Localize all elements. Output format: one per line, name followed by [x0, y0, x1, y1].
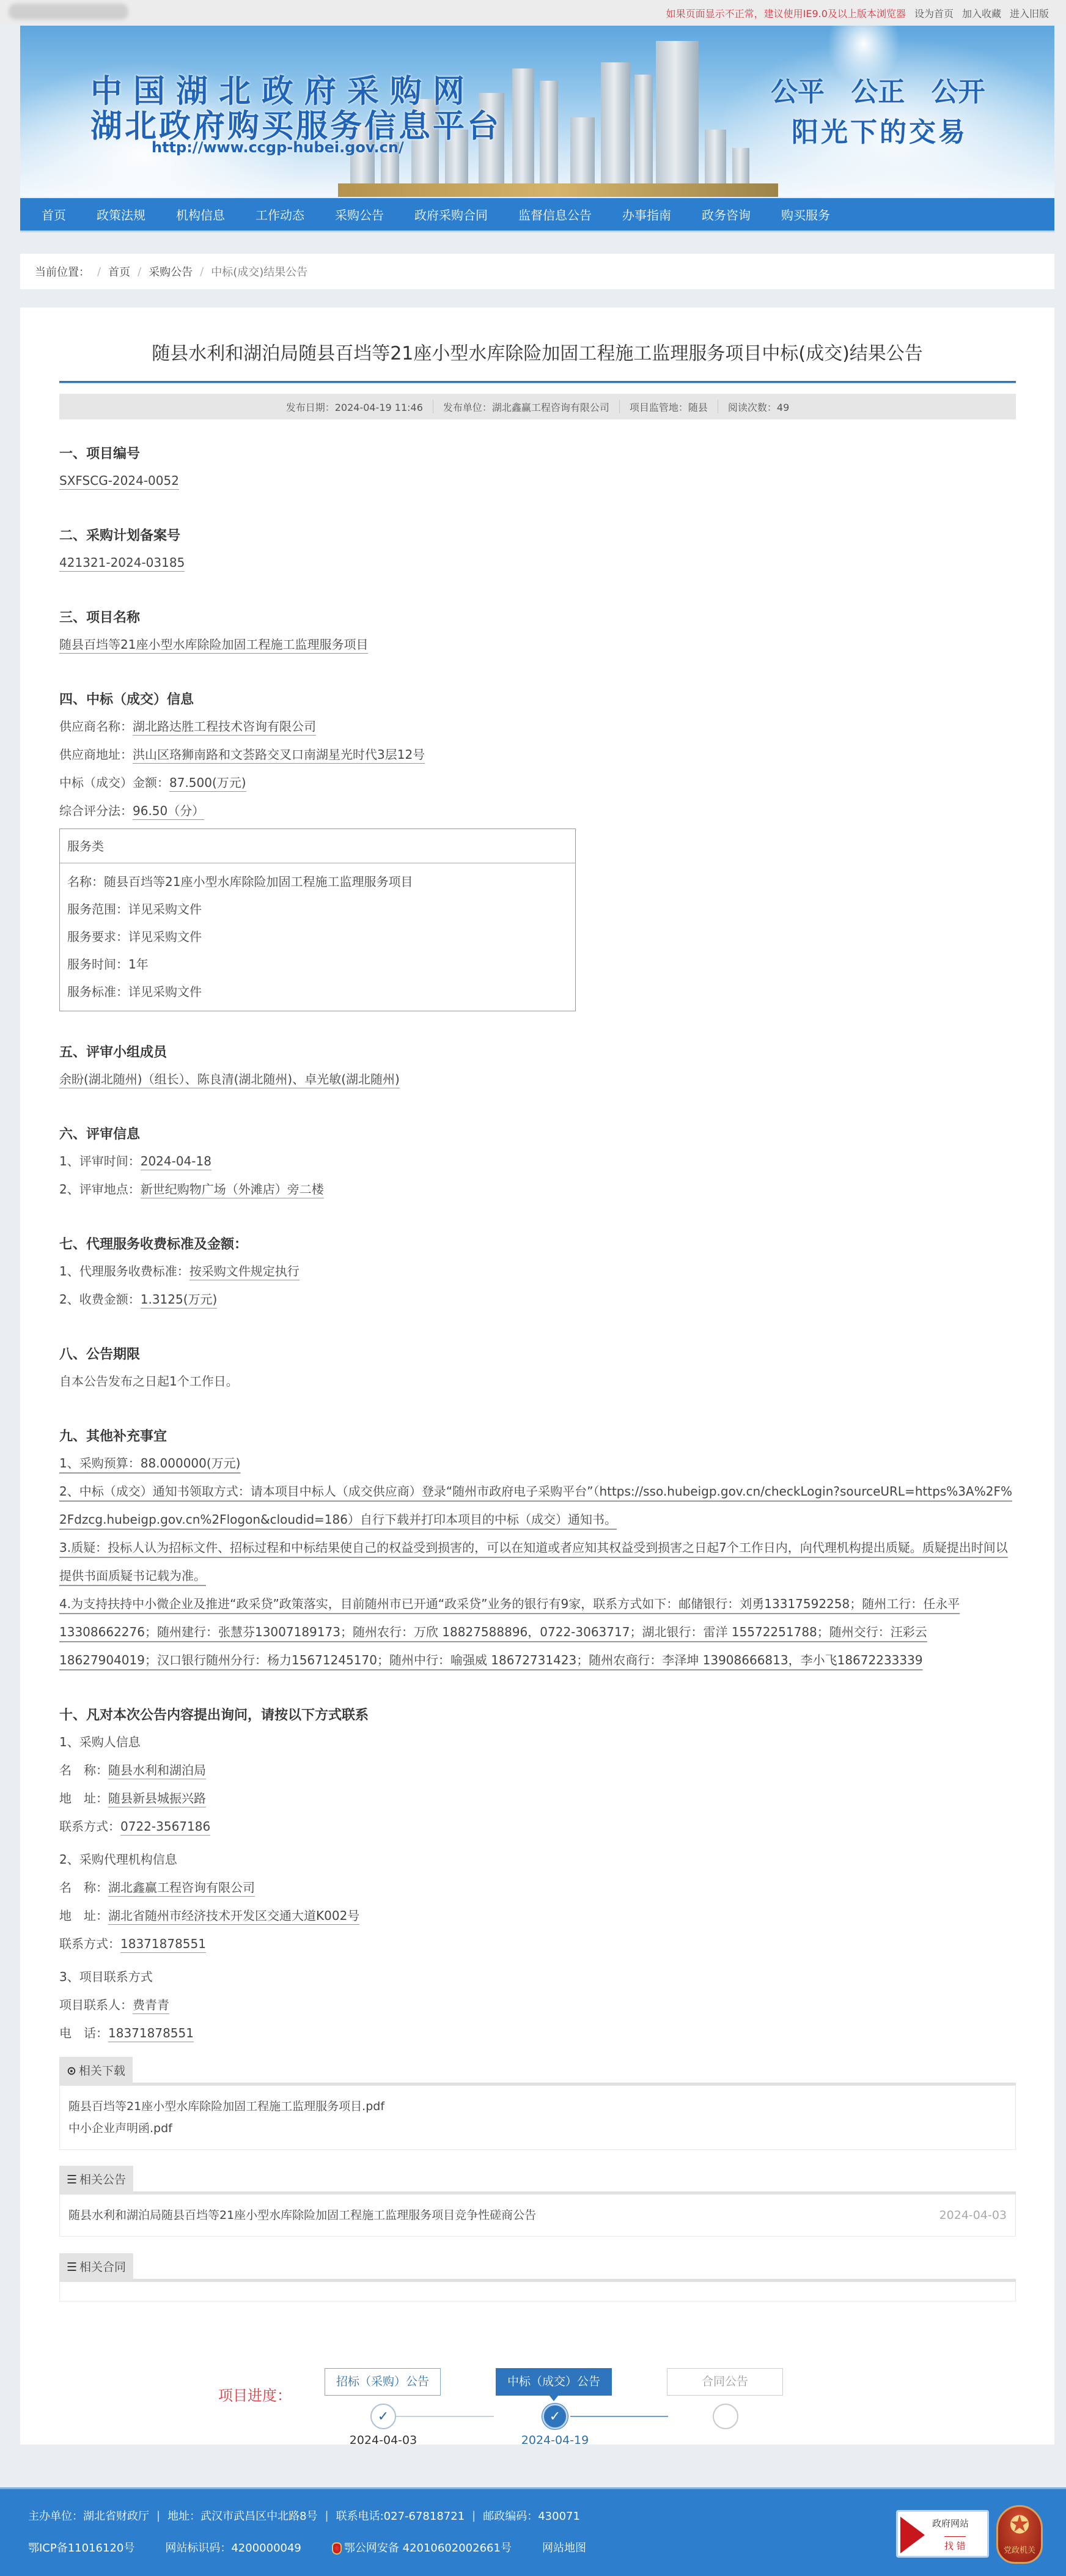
supplier-name: 湖北路达胜工程技术咨询有限公司 — [133, 719, 316, 736]
section-heading: 五、评审小组成员 — [59, 1041, 1019, 1065]
project-contact-phone: 18371878551 — [108, 2026, 194, 2042]
site-code: 网站标识码：4200000049 — [165, 2539, 301, 2555]
progress-label: 项目进度： — [218, 2383, 292, 2405]
title-divider — [59, 381, 1016, 383]
agency-address: 湖北省随州市经济技术开发区交通大道K002号 — [108, 1908, 359, 1925]
nav-news[interactable]: 工作动态 — [255, 205, 304, 223]
supplier-address: 洪山区珞狮南路和文荟路交叉口南湖星光时代3层12号 — [133, 747, 425, 764]
nav-purchase-service[interactable]: 购买服务 — [781, 205, 830, 223]
notice-period: 自本公告发布之日起1个工作日。 — [59, 1367, 1019, 1395]
service-details-box: 服务类 名称：随县百垱等21座小型水库除险加固工程施工监理服务项目 服务范围：详… — [59, 829, 576, 1011]
site-banner: 中国湖北政府采购网 湖北政府购买服务信息平台 http://www.ccgp-h… — [20, 26, 1054, 197]
blurred-logo — [9, 4, 128, 20]
nav-contracts[interactable]: 政府采购合同 — [414, 205, 488, 223]
breadcrumb-notices[interactable]: 采购公告 — [149, 264, 193, 279]
section-heading: 三、项目名称 — [59, 606, 1019, 630]
supplement-item: 3.质疑：投标人认为招标文件、招标过程和中标结果使自己的权益受到损害的，可以在知… — [59, 1540, 1008, 1583]
fee-standard: 按采购文件规定执行 — [189, 1264, 300, 1280]
download-link[interactable]: 中小企业声明函.pdf — [68, 2117, 1007, 2139]
banner-slogan-1: 公平 公正 公开 — [771, 70, 985, 109]
publish-date: 发布日期：2024-04-19 11:46 — [286, 400, 423, 414]
footer-phone: 联系电话:027-67818721 — [336, 2508, 465, 2523]
review-panel-members: 余盼(湖北随州)（组长）、陈良清(湖北随州)、卓光敏(湖北随州) — [59, 1072, 400, 1088]
supplement-item: 1、采购预算：88.000000(万元) — [59, 1456, 240, 1471]
fee-amount: 1.3125(万元) — [141, 1292, 218, 1308]
related-notice-link[interactable]: 随县水利和湖泊局随县百垱等21座小型水库除险加固工程施工监理服务项目竞争性磋商公… — [68, 2204, 1007, 2226]
service-row: 名称：随县百垱等21座小型水库除险加固工程施工监理服务项目 — [67, 868, 568, 896]
review-date: 2024-04-18 — [141, 1154, 211, 1170]
award-amount: 87.500(万元) — [169, 775, 246, 792]
gov-site-error-report-badge[interactable]: 政府网站 找 错 — [896, 2510, 989, 2558]
review-place: 新世纪购物广场（外滩店）旁二楼 — [141, 1182, 324, 1198]
service-row: 服务要求：详见采购文件 — [67, 923, 568, 951]
plan-record-number: 421321-2024-03185 — [59, 555, 185, 572]
nav-home[interactable]: 首页 — [42, 205, 66, 223]
nav-policy[interactable]: 政策法规 — [97, 205, 145, 223]
site-footer: 主办单位：湖北省财政厅| 地址：武汉市武昌区中北路8号| 联系电话:027-67… — [0, 2487, 1066, 2576]
page-title: 随县水利和湖泊局随县百垱等21座小型水库除险加固工程施工监理服务项目中标(成交)… — [20, 338, 1054, 365]
download-link[interactable]: 随县百垱等21座小型水库除险加固工程施工监理服务项目.pdf — [68, 2095, 1007, 2117]
add-favorite-link[interactable]: 加入收藏 — [962, 6, 1001, 20]
browser-warning: 如果页面显示不正常，建议使用IE9.0及以上版本浏览器 — [666, 6, 906, 20]
step-done-check-icon: ✓ — [370, 2404, 396, 2429]
purchaser-name: 随县水利和湖泊局 — [108, 1763, 206, 1779]
banner-slogan-2: 阳光下的交易 — [792, 110, 968, 149]
step-contract-notice[interactable]: 合同公告 — [667, 2368, 783, 2396]
section-heading: 六、评审信息 — [59, 1123, 1019, 1147]
icp-link[interactable]: 鄂ICP备11016120号 — [28, 2539, 134, 2555]
section-heading: 九、其他补充事宜 — [59, 1425, 1019, 1449]
list-icon: ☰ — [67, 2253, 77, 2281]
evaluation-score: 96.50（分） — [133, 803, 204, 820]
footer-address: 地址：武汉市武昌区中北路8号 — [167, 2508, 317, 2523]
footer-host: 主办单位：湖北省财政厅 — [28, 2508, 149, 2523]
region: 项目监管地：随县 — [630, 400, 708, 414]
step-pending-circle-icon — [713, 2404, 738, 2429]
nav-procurement-notices[interactable]: 采购公告 — [335, 205, 384, 223]
related-downloads: ⊙相关下载 随县百垱等21座小型水库除险加固工程施工监理服务项目.pdf 中小企… — [59, 2057, 1016, 2150]
section-heading: 七、代理服务收费标准及金额： — [59, 1233, 1019, 1257]
police-record-link[interactable]: 鄂公网安备 42010602002661号 — [332, 2539, 512, 2555]
section-heading: 二、采购计划备案号 — [59, 524, 1019, 548]
magnifier-icon — [900, 2517, 925, 2553]
section-heading: 四、中标（成交）信息 — [59, 688, 1019, 712]
publisher: 发布单位：湖北鑫赢工程咨询有限公司 — [443, 400, 609, 414]
nav-agencies[interactable]: 机构信息 — [176, 205, 225, 223]
section-heading: 十、凡对本次公告内容提出询问，请按以下方式联系 — [59, 1703, 1019, 1728]
tab-related-downloads: ⊙相关下载 — [59, 2057, 133, 2085]
breadcrumb-label: 当前位置： — [35, 264, 90, 279]
party-gov-badge[interactable]: ✪ 党政机关 — [996, 2505, 1043, 2564]
agency-phone: 18371878551 — [120, 1936, 206, 1953]
step-date: 2024-04-19 — [512, 2434, 598, 2447]
step-active-check-icon: ✓ — [542, 2404, 568, 2429]
step-tender-notice[interactable]: 招标（采购）公告 — [325, 2368, 441, 2396]
article-panel: 随县水利和湖泊局随县百垱等21座小型水库除险加固工程施工监理服务项目中标(成交)… — [20, 308, 1054, 2445]
article-meta-bar: 发布日期：2024-04-19 11:46 发布单位：湖北鑫赢工程咨询有限公司 … — [59, 394, 1016, 419]
top-utility-bar: 如果页面显示不正常，建议使用IE9.0及以上版本浏览器 设为首页 加入收藏 进入… — [0, 0, 1066, 26]
project-name: 随县百垱等21座小型水库除险加固工程施工监理服务项目 — [59, 637, 368, 654]
breadcrumb-current: 中标(成交)结果公告 — [211, 264, 307, 279]
list-icon: ☰ — [67, 2166, 77, 2194]
sitemap-link[interactable]: 网站地图 — [542, 2539, 586, 2555]
set-homepage-link[interactable]: 设为首页 — [914, 6, 954, 20]
project-progress: 项目进度： 招标（采购）公告 中标（成交）公告 合同公告 ✓ ✓ 2024-04… — [20, 2347, 1054, 2445]
section-heading: 一、项目编号 — [59, 442, 1019, 467]
tab-related-contracts: ☰相关合同 — [59, 2253, 133, 2281]
purchaser-phone: 0722-3567186 — [120, 1819, 210, 1836]
banner-url: http://www.ccgp-hubei.gov.cn/ — [152, 139, 404, 156]
step-date: 2024-04-03 — [340, 2434, 426, 2447]
old-version-link[interactable]: 进入旧版 — [1010, 6, 1049, 20]
related-notice-date: 2024-04-03 — [939, 2204, 1007, 2226]
purchaser-address: 随县新县城振兴路 — [108, 1791, 206, 1807]
nav-supervision[interactable]: 监督信息公告 — [518, 205, 592, 223]
footer-postcode: 邮政编码：430071 — [483, 2508, 580, 2523]
supplement-item: 2、中标（成交）通知书领取方式：请本项目中标人（成交供应商）登录“随州市政府电子… — [59, 1484, 1012, 1527]
related-contracts: ☰相关合同 — [59, 2253, 1016, 2301]
service-row: 服务时间：1年 — [67, 951, 568, 978]
project-number: SXFSCG-2024-0052 — [59, 473, 179, 490]
related-notices: ☰相关公告 随县水利和湖泊局随县百垱等21座小型水库除险加固工程施工监理服务项目… — [59, 2166, 1016, 2237]
agency-name: 湖北鑫赢工程咨询有限公司 — [108, 1880, 255, 1897]
main-nav: 首页 政策法规 机构信息 工作动态 采购公告 政府采购合同 监督信息公告 办事指… — [20, 198, 1054, 232]
nav-consult[interactable]: 政务咨询 — [702, 205, 751, 223]
party-emblem-icon: ✪ — [998, 2507, 1041, 2544]
section-heading: 八、公告期限 — [59, 1343, 1019, 1367]
supplement-item: 4.为支持扶持中小微企业及推进“政采贷”政策落实，目前随州市已开通“政采贷”业务… — [59, 1596, 960, 1667]
step-award-notice[interactable]: 中标（成交）公告 — [496, 2368, 612, 2396]
download-circle-icon: ⊙ — [67, 2057, 76, 2085]
nav-guide[interactable]: 办事指南 — [622, 205, 671, 223]
service-row: 服务范围：详见采购文件 — [67, 896, 568, 923]
service-row: 服务标准：详见采购文件 — [67, 978, 568, 1006]
view-count: 阅读次数：49 — [728, 400, 789, 414]
police-badge-icon — [332, 2542, 342, 2555]
breadcrumb-home[interactable]: 首页 — [108, 264, 130, 279]
breadcrumb: 当前位置： / 首页 / 采购公告 / 中标(成交)结果公告 — [20, 254, 1054, 289]
article-body: 一、项目编号 SXFSCG-2024-0052 二、采购计划备案号 421321… — [59, 436, 1019, 2047]
tab-related-notices: ☰相关公告 — [59, 2166, 133, 2194]
project-contact-person: 费青青 — [133, 1998, 169, 2014]
